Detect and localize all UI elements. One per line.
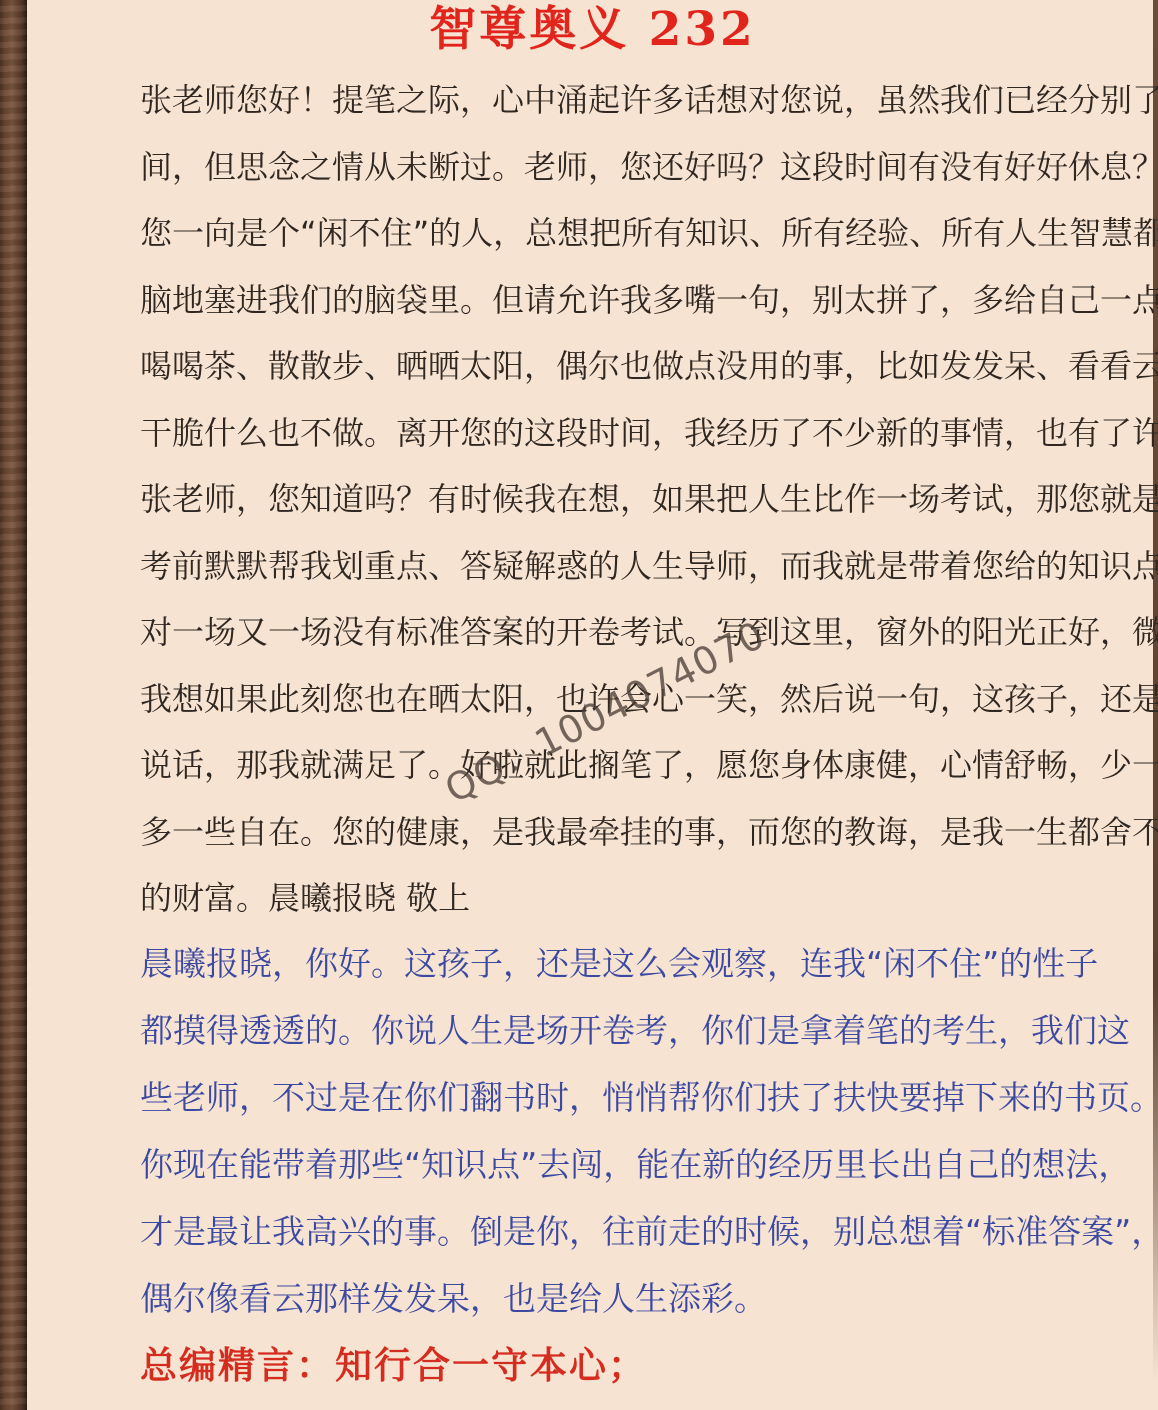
letter-line: 对一场又一场没有标准答案的开卷考试。写到这里，窗外的阳光正好，微风不燥， — [140, 599, 1042, 666]
letter-line: 间，但思念之情从未断过。老师，您还好吗？这段时间有没有好好休息？我知道 — [140, 134, 1042, 201]
letter-page: 智尊奥义 232 张老师您好！提笔之际，心中涌起许多话想对您说，虽然我们已经分别… — [0, 0, 1158, 1410]
teacher-reply: 晨曦报晓，你好。这孩子，还是这么会观察，连我“闲不住”的性子 都摸得透透的。你说… — [140, 930, 1042, 1332]
reply-line: 偶尔像看云那样发发呆，也是给人生添彩。 — [140, 1265, 1042, 1332]
letter-line: 喝喝茶、散散步、晒晒太阳，偶尔也做点没用的事，比如发发呆、看看云，或者 — [140, 333, 1042, 400]
letter-line: 干脆什么也不做。离开您的这段时间，我经历了不少新的事情，也有了许多成长。 — [140, 400, 1042, 467]
reply-line: 都摸得透透的。你说人生是场开卷考，你们是拿着笔的考生，我们这 — [140, 997, 1042, 1064]
letter-body: 张老师您好！提笔之际，心中涌起许多话想对您说，虽然我们已经分别了一段时 间，但思… — [140, 67, 1042, 932]
letter-signature-line: 的财富。晨曦报晓 敬上 — [140, 865, 1042, 932]
letter-line: 我想如果此刻您也在晒太阳，也许会心一笑，然后说一句，这孩子，还是这么会 — [140, 666, 1042, 733]
reply-line: 你现在能带着那些“知识点”去闯，能在新的经历里长出自己的想法， — [140, 1131, 1042, 1198]
letter-line: 张老师您好！提笔之际，心中涌起许多话想对您说，虽然我们已经分别了一段时 — [140, 67, 1042, 134]
reply-line: 才是最让我高兴的事。倒是你，往前走的时候，别总想着“标准答案”， — [140, 1198, 1042, 1265]
letter-line: 多一些自在。您的健康，是我最牵挂的事，而您的教诲，是我一生都舍不得丢掉 — [140, 799, 1042, 866]
letter-line: 张老师，您知道吗？有时候我在想，如果把人生比作一场考试，那您就是那个在 — [140, 466, 1042, 533]
book-spine-edge — [0, 0, 27, 1410]
reply-line: 些老师，不过是在你们翻书时，悄悄帮你们扶了扶快要掉下来的书页。 — [140, 1064, 1042, 1131]
letter-line: 脑地塞进我们的脑袋里。但请允许我多嘴一句，别太拼了，多给自己一点时间， — [140, 267, 1042, 334]
page-title: 智尊奥义 232 — [27, 4, 1158, 56]
letter-line: 考前默默帮我划重点、答疑解惑的人生导师，而我就是带着您给的知识点，去面 — [140, 533, 1042, 600]
editor-note: 总编精言：知行合一守本心； — [140, 1338, 647, 1392]
letter-line: 说话，那我就满足了。好啦就此搁笔了，愿您身体康健，心情舒畅，少一些操劳， — [140, 732, 1042, 799]
reply-line: 晨曦报晓，你好。这孩子，还是这么会观察，连我“闲不住”的性子 — [140, 930, 1042, 997]
letter-line: 您一向是个“闲不住”的人，总想把所有知识、所有经验、所有人生智慧都一股 — [140, 200, 1042, 267]
